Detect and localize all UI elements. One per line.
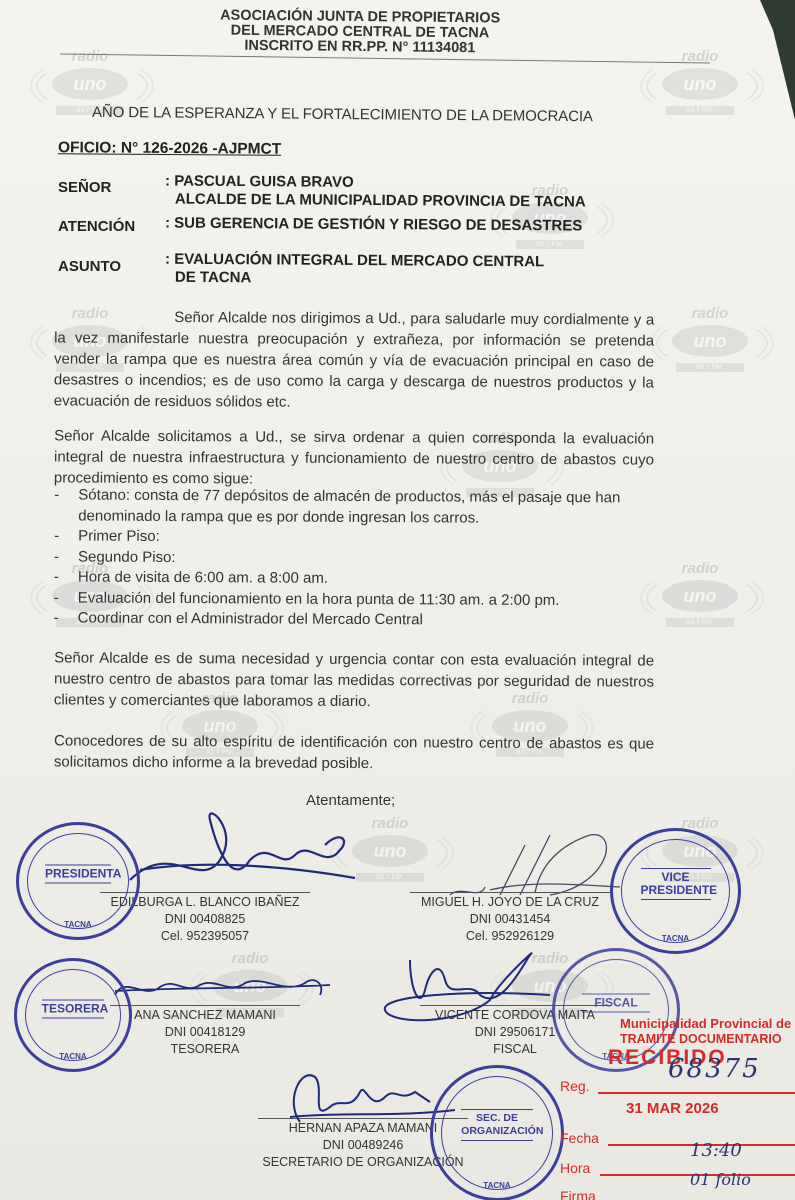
paragraph-3: Señor Alcalde es de suma necesidad y urg… [54,647,654,713]
signature-presidenta [110,800,360,900]
seal-tesorera: TESORERA TACNA [14,958,132,1072]
asunto-label: ASUNTO [58,258,121,275]
atencion-value: : SUB GERENCIA DE GESTIÓN Y RIESGO DE DE… [165,215,582,236]
radio-watermark: radiouno93.7 FM. [330,815,450,887]
addressee-title: ALCALDE DE LA MUNICIPALIDAD PROVINCIA DE… [165,191,586,212]
stamp-date: 31 MAR 2026 [626,1100,719,1117]
oficio-number: OFICIO: N° 126-2026 -AJPMCT [58,139,281,159]
seal-role: VICE PRESIDENTE [641,868,711,900]
seal-role: SEC. DE ORGANIZACIÓN [461,1109,533,1141]
signatory-dni: DNI 00418129 [110,1024,300,1041]
stamp-reg-line [598,1092,795,1094]
signatory-tesorera: ANA SANCHEZ MAMANI DNI 00418129 TESORERA [110,1005,300,1058]
radio-watermark: radiouno93.7 FM. [640,48,760,120]
list-item: Coordinar con el Administrador del Merca… [54,608,674,632]
seal-presidenta: PRESIDENTA TACNA [16,822,140,940]
year-motto: AÑO DE LA ESPERANZA Y EL FORTALECIMIENTO… [92,104,593,125]
paragraph-1: Señor Alcalde nos dirigimos a Ud., para … [54,306,655,414]
stamp-reg-label: Reg. [560,1078,590,1094]
asunto-value: : EVALUACIÓN INTEGRAL DEL MERCADO CENTRA… [165,251,544,290]
paragraph-4: Conocedores de su alto espíritu de ident… [54,730,654,775]
signatory-phone: Cel. 952395057 [100,928,310,945]
seal-city: TACNA [613,934,738,943]
signatory-vicepresidente: MIGUEL H. JOYO DE LA CRUZ DNI 00431454 C… [410,892,610,945]
hora-handwritten: 13:40 [690,1140,742,1161]
signatory-name: ANA SANCHEZ MAMANI [110,1007,300,1024]
signatory-phone: Cel. 952926129 [410,928,610,945]
letterhead: ASOCIACIÓN JUNTA DE PROPIETARIOS DEL MER… [200,8,520,56]
seal-city: TACNA [433,1181,561,1190]
scanned-letter-page: radiouno93.7 FM. radiouno93.7 FM. radiou… [0,0,795,1200]
senor-value: : PASCUAL GUISA BRAVO ALCALDE DE LA MUNI… [165,173,586,212]
procedure-list: Sótano: consta de 77 depósitos de almacé… [54,485,675,632]
signatory-dni: DNI 00431454 [410,911,610,928]
closing: Atentamente; [306,792,395,809]
signatory-name: MIGUEL H. JOYO DE LA CRUZ [410,894,610,911]
stamp-municipality: Municipalidad Provincial de Tacna [620,1016,795,1031]
org-registration: INSCRITO EN RR.PP. N° 11134081 [200,38,520,56]
seal-secretario: SEC. DE ORGANIZACIÓN TACNA [430,1065,564,1200]
radio-watermark: radiouno93.7 FM. [650,305,770,377]
signature-line [110,1005,300,1006]
seal-city: TACNA [19,920,137,929]
stamp-fecha-label: Fecha [560,1130,599,1146]
paragraph-2: Señor Alcalde solicitamos a Ud., se sirv… [54,425,654,491]
asunto-line2: DE TACNA [165,269,544,290]
signature-line [410,892,610,893]
atencion-label: ATENCIÓN [58,218,135,235]
senor-label: SEÑOR [58,179,111,196]
stamp-hora-label: Hora [560,1160,590,1176]
list-item: Sótano: consta de 77 depósitos de almacé… [54,485,674,529]
seal-vicepresidente: VICE PRESIDENTE TACNA [610,828,741,954]
reg-number-handwritten: 68375 [668,1054,761,1084]
stamp-firma-label: Firma [560,1188,596,1200]
seal-city: TACNA [17,1052,129,1061]
seal-role: PRESIDENTA [45,865,111,884]
paragraph-1-text: Señor Alcalde nos dirigimos a Ud., para … [54,309,655,411]
seal-role: TESORERA [42,999,105,1018]
signatory-role: TESORERA [110,1041,300,1058]
stamp-office: TRAMITE DOCUMENTARIO [620,1032,782,1046]
folios-handwritten: 01 folio [690,1170,751,1189]
reception-stamp: Municipalidad Provincial de Tacna TRAMIT… [560,1010,795,1200]
